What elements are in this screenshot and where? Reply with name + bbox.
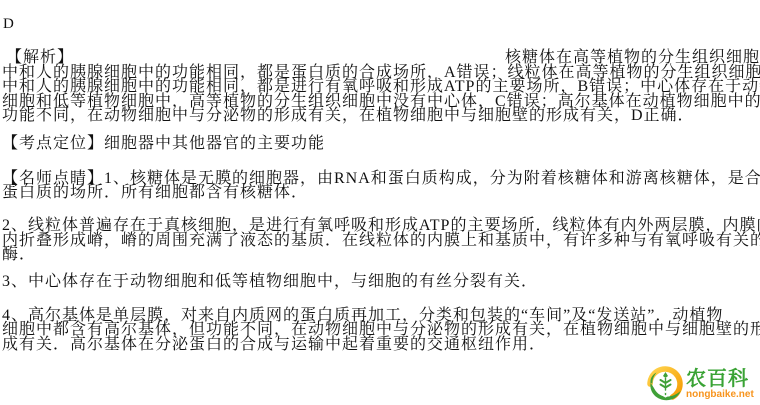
point2-line-3: 酶． (2, 248, 760, 263)
analysis-first-line: 核糖体在高等植物的分生组织细胞 (505, 51, 760, 66)
point1-line-2: 蛋白质的场所．所有细胞都含有核糖体． (2, 186, 760, 201)
logo-text: 农百科 nongbaike.net (686, 369, 754, 400)
document-page: D 【解析】 核糖体在高等植物的分生组织细胞 中和人的胰腺细胞中的功能相同，都是… (0, 0, 760, 405)
exam-point-text: 【考点定位】细胞器中其他器官的主要功能 (2, 137, 325, 152)
analysis-label: 【解析】 (6, 51, 74, 66)
analysis-paragraph: 【解析】 核糖体在高等植物的分生组织细胞 中和人的胰腺细胞中的功能相同，都是蛋白… (2, 51, 760, 124)
point3-line-1: 3、中心体存在于动物细胞和低等植物细胞中，与细胞的有丝分裂有关． (2, 275, 538, 290)
teacher-tips-point3: 3、中心体存在于动物细胞和低等植物细胞中，与细胞的有丝分裂有关． (2, 275, 538, 290)
answer-letter: D (3, 16, 14, 33)
logo-domain: nongbaike.net (686, 390, 754, 400)
teacher-tips-point4: 4、高尔基体是单层膜，对来自内质网的蛋白质再加工，分类和包装的“车间”及“发送站… (2, 309, 760, 353)
point2-line-2: 内折叠形成嵴，嵴的周围充满了液态的基质．在线粒体的内膜上和基质中，有许多种与有氧… (2, 234, 760, 249)
wheat-circle-icon (647, 366, 683, 402)
analysis-line-1: 【解析】 核糖体在高等植物的分生组织细胞 (2, 51, 760, 66)
exam-point-line: 【考点定位】细胞器中其他器官的主要功能 (2, 137, 325, 152)
teacher-tips-point1: 【名师点睛】1、核糖体是无膜的细胞器，由RNA和蛋白质构成，分为附着核糖体和游离… (2, 172, 760, 201)
logo-title: 农百科 (686, 369, 754, 389)
point4-line-3: 成有关．高尔基体在分泌蛋白的合成与运输中起着重要的交通枢纽作用． (2, 338, 760, 353)
analysis-line-5: 功能不同，在动物细胞中与分泌物的形成有关，在植物细胞中与细胞壁的形成有关，D正确… (2, 109, 760, 124)
nongbaike-logo[interactable]: 农百科 nongbaike.net (647, 365, 759, 403)
teacher-tips-point2: 2、线粒体普遍存在于真核细胞，是进行有氧呼吸和形成ATP的主要场所．线粒体有内外… (2, 219, 760, 263)
